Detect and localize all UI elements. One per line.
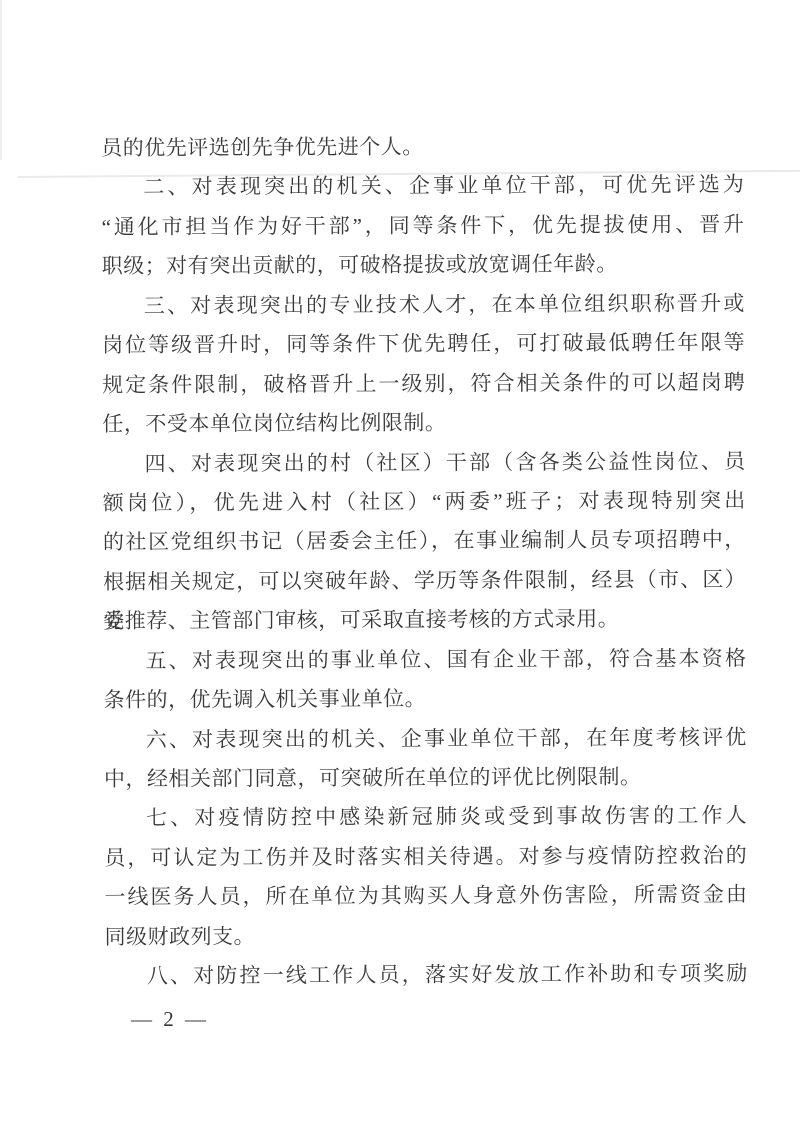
text-line: 八、对防控一线工作人员，落实好发放工作补助和专项奖励 (105, 954, 748, 996)
document-page: 员的优先评选创先争优先进个人。二、对表现突出的机关、企事业单位干部，可优先评选为… (0, 0, 800, 1131)
text-line: 一线医务人员，所在单位为其购买人身意外伤害险，所需资金由 (104, 876, 747, 918)
page-number: — 2 — (131, 1004, 209, 1034)
text-line: 根据相关规定，可以突破年龄、学历等条件限制，经县（市、区）党 (103, 560, 746, 602)
text-line: 员，可认定为工伤并及时落实相关待遇。对参与疫情防控救治的 (104, 836, 747, 878)
text-line: 职级；对有突出贡献的，可破格提拔或放宽调任年龄。 (102, 245, 745, 287)
text-line: 条件的，优先调入机关事业单位。 (104, 678, 747, 720)
text-line: 的社区党组织书记（居委会主任），在事业编制人员专项招聘中， (103, 521, 746, 563)
text-line: 委推荐、主管部门审核，可采取直接考核的方式录用。 (103, 599, 746, 641)
text-line: 六、对表现突出的机关、企事业单位干部，在年度考核评优 (104, 718, 747, 760)
text-line: 额岗位），优先进入村（社区）“两委”班子；对表现特别突出 (103, 481, 746, 523)
document-body: 员的优先评选创先争优先进个人。二、对表现突出的机关、企事业单位干部，可优先评选为… (101, 126, 748, 996)
text-line: 七、对疫情防控中感染新冠肺炎或受到事故伤害的工作人 (104, 797, 747, 839)
text-line: “通化市担当作为好干部”，同等条件下，优先提拔使用、晋升 (101, 205, 744, 247)
text-line: 四、对表现突出的村（社区）干部（含各类公益性岗位、员 (102, 442, 745, 484)
text-line: 中，经相关部门同意，可突破所在单位的评优比例限制。 (104, 757, 747, 799)
text-line: 二、对表现突出的机关、企事业单位干部，可优先评选为 (101, 166, 744, 208)
text-line: 五、对表现突出的事业单位、国有企业干部，符合基本资格 (103, 639, 746, 681)
text-line: 任，不受本单位岗位结构比例限制。 (102, 402, 745, 444)
text-line: 员的优先评选创先争优先进个人。 (101, 126, 744, 168)
text-line: 岗位等级晋升时，同等条件下优先聘任，可打破最低聘任年限等 (102, 323, 745, 365)
text-line: 三、对表现突出的专业技术人才，在本单位组织职称晋升或 (102, 284, 745, 326)
scan-edge-artifact (0, 0, 2, 160)
text-line: 规定条件限制，破格晋升上一级别，符合相关条件的可以超岗聘 (102, 363, 745, 405)
text-line: 同级财政列支。 (105, 915, 748, 957)
